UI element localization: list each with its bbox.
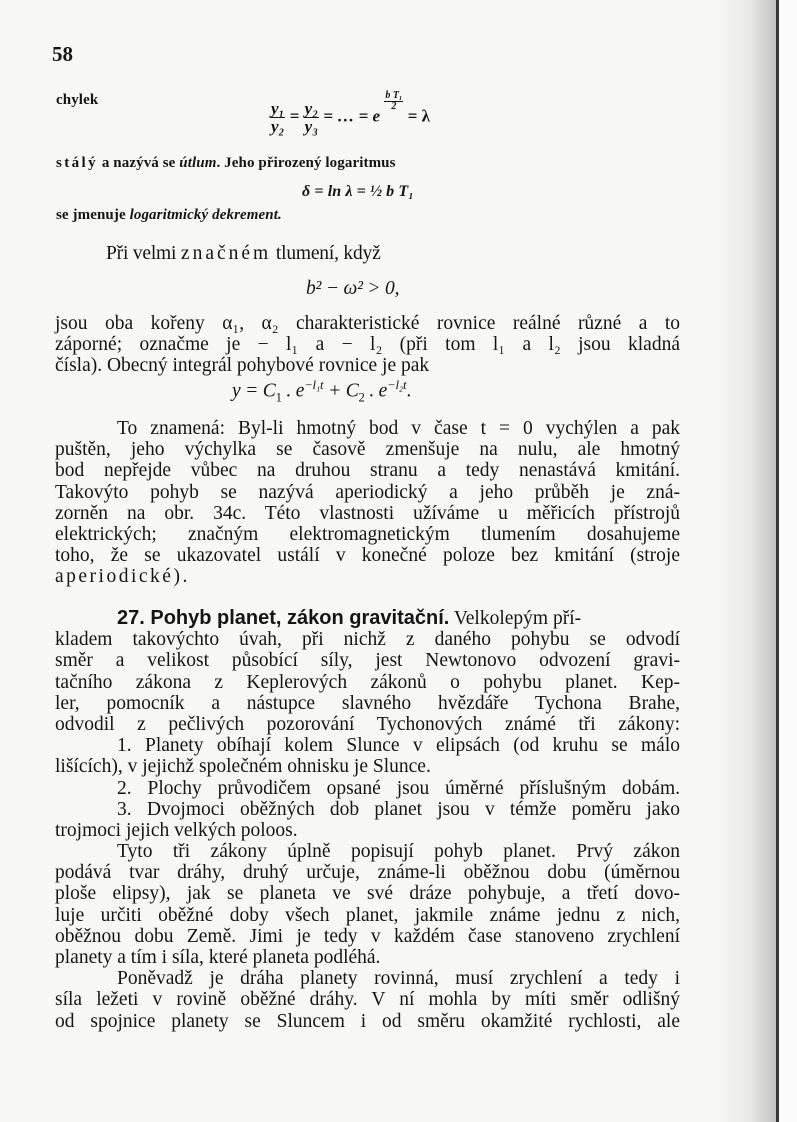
section-heading: 27. Pohyb planet, zákon gravitační. (117, 607, 449, 629)
paragraph-plane-orbit: Poněvadž je dráha planety rovinná, musí … (55, 968, 680, 989)
equation-ratio: y₁ y₂ = y₂ y₃ = … = e b T₁ 2 = λ (270, 100, 430, 135)
dekrement-line: se jmenuje logaritmický dekrement. (56, 207, 282, 224)
section-27: 27. Pohyb planet, zákon gravitační. Velk… (55, 608, 680, 1032)
page-number: 58 (52, 42, 73, 67)
law-2: 2. Plochy průvodičem opsané jsou úměrné … (55, 778, 680, 799)
fraction-y1-y2: y₁ y₂ (270, 100, 285, 135)
utlum-line: stálý a nazývá se útlum. Jeho přirozený … (56, 155, 396, 172)
law-3: 3. Dvojmoci oběžných dob planet jsou v t… (55, 799, 680, 820)
paragraph-aperiodic: To znamená: Byl-li hmotný bod v čase t =… (55, 418, 680, 588)
intro-word: chylek (56, 92, 98, 109)
adjacent-page-edge (779, 0, 797, 1122)
fraction-y2-y3: y₂ y₃ (304, 100, 319, 135)
law-1: 1. Planety obíhají kolem Slunce v elipsá… (55, 735, 680, 756)
section-heading-line: 27. Pohyb planet, zákon gravitační. Velk… (55, 608, 680, 629)
equation-delta: δ = ln λ = ½ b T₁ (302, 183, 414, 201)
equation-inequality: b² − ω² > 0, (306, 278, 399, 300)
paragraph-laws-summary: Tyto tři zákony úplně popisují pohyb pla… (55, 841, 680, 862)
paragraph-damping-intro: Při velmi značném tlumení, když (106, 243, 381, 265)
equation-general-integral: y = C1 . e−l₁t + C2 . e−l₂t. (232, 378, 411, 405)
paragraph-roots: jsou oba kořeny α₁, α₂ charakteristické … (55, 313, 680, 377)
exponent-fraction: b T₁ 2 (384, 91, 403, 112)
